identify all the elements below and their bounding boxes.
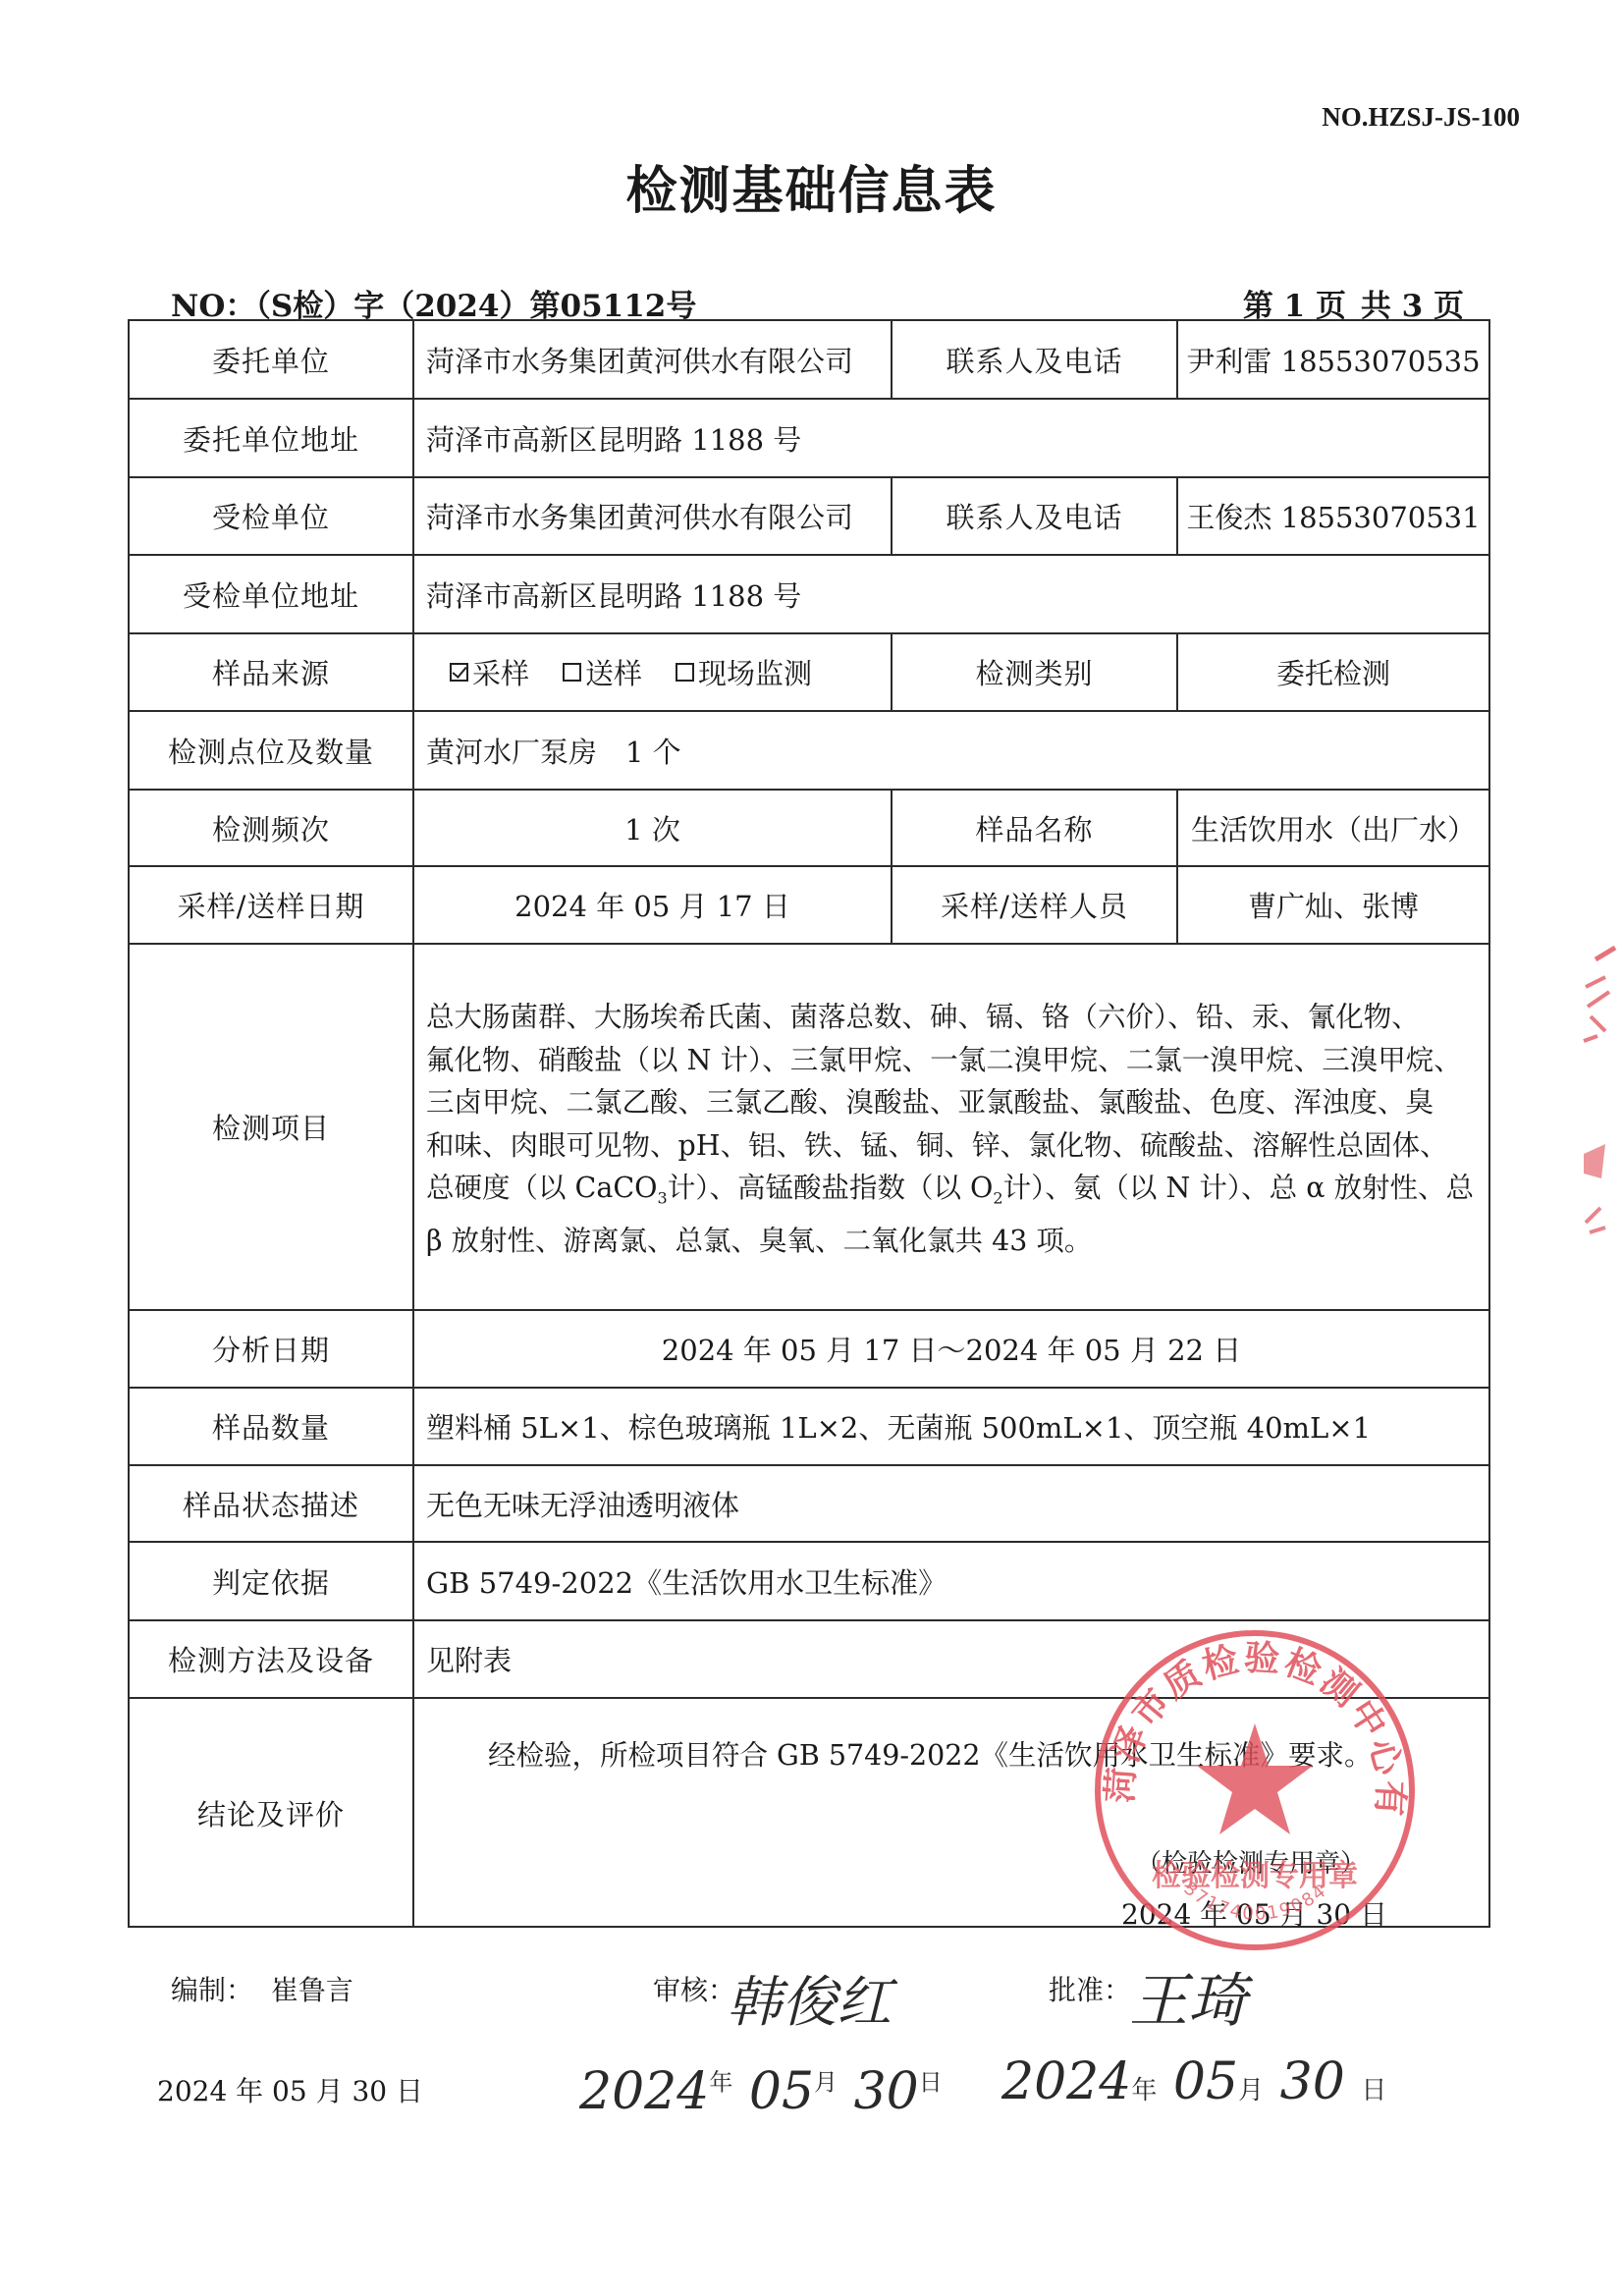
inspected-address-value: 菏泽市高新区昆明路 1188 号 bbox=[414, 556, 1488, 632]
row-client-address: 委托单位地址 菏泽市高新区昆明路 1188 号 bbox=[130, 398, 1488, 476]
compiled-by: 编制： 崔鲁言 bbox=[171, 1969, 353, 2008]
row-conclusion: 结论及评价 经检验，所检项目符合 GB 5749-2022《生活饮用水卫生标准》… bbox=[130, 1697, 1488, 1928]
analysis-date-value: 2024 年 05 月 17 日～2024 年 05 月 22 日 bbox=[414, 1311, 1488, 1387]
analysis-date-label: 分析日期 bbox=[130, 1311, 414, 1387]
form-number: NO.HZSJ-JS-100 bbox=[1322, 102, 1520, 133]
sampling-personnel-label: 采样/送样人员 bbox=[893, 867, 1178, 943]
frequency-label: 检测频次 bbox=[130, 791, 414, 865]
stamp-label: （检验检测专用章） bbox=[1136, 1843, 1366, 1880]
checkbox-sampling-label: 采样 bbox=[472, 652, 529, 692]
method-value: 见附表 bbox=[414, 1621, 1488, 1697]
test-items-line: 和味、肉眼可见物、pH、铝、铁、锰、铜、锌、氯化物、硫酸盐、溶解性总固体、 bbox=[426, 1124, 1475, 1168]
approved-label: 批准： bbox=[1049, 1969, 1131, 2008]
sampling-date-label: 采样/送样日期 bbox=[130, 867, 414, 943]
test-items-line: 总硬度（以 CaCO3计）、高锰酸盐指数（以 O2计）、氨（以 N 计）、总 α… bbox=[426, 1167, 1475, 1220]
test-category-label: 检测类别 bbox=[893, 634, 1178, 710]
row-inspected-address: 受检单位地址 菏泽市高新区昆明路 1188 号 bbox=[130, 554, 1488, 632]
sample-source-label: 样品来源 bbox=[130, 634, 414, 710]
client-contact-label: 联系人及电话 bbox=[893, 321, 1178, 398]
partial-seal-icon bbox=[1576, 938, 1623, 1252]
inspected-contact-value: 王俊杰 18553070531 bbox=[1178, 478, 1488, 554]
inspected-value: 菏泽市水务集团黄河供水有限公司 bbox=[414, 478, 893, 554]
conclusion-text: 经检验，所检项目符合 GB 5749-2022《生活饮用水卫生标准》要求。 bbox=[488, 1733, 1373, 1774]
row-sampling-date: 采样/送样日期 2024 年 05 月 17 日 采样/送样人员 曹广灿、张博 bbox=[130, 865, 1488, 943]
compiled-date: 2024 年 05 月 30 日 bbox=[157, 2070, 423, 2109]
sample-name-label: 样品名称 bbox=[893, 791, 1178, 865]
reviewed-date: 2024年 05月 30日 bbox=[579, 2062, 943, 2121]
sample-source-options: 采样 送样 现场监测 bbox=[414, 634, 893, 710]
checkbox-onsite-label: 现场监测 bbox=[698, 652, 812, 692]
checkbox-unchecked-icon bbox=[563, 663, 581, 682]
row-sample-state: 样品状态描述 无色无味无浮油透明液体 bbox=[130, 1464, 1488, 1541]
inspected-contact-label: 联系人及电话 bbox=[893, 478, 1178, 554]
row-test-items: 检测项目 总大肠菌群、大肠埃希氏菌、菌落总数、砷、镉、铬（六价）、铅、汞、氰化物… bbox=[130, 943, 1488, 1309]
checkbox-delivered[interactable]: 送样 bbox=[563, 652, 642, 692]
test-items-label: 检测项目 bbox=[130, 945, 414, 1309]
test-items-line: 总大肠菌群、大肠埃希氏菌、菌落总数、砷、镉、铬（六价）、铅、汞、氰化物、 bbox=[426, 996, 1475, 1039]
client-address-value: 菏泽市高新区昆明路 1188 号 bbox=[414, 400, 1488, 476]
client-label: 委托单位 bbox=[130, 321, 414, 398]
inspected-address-label: 受检单位地址 bbox=[130, 556, 414, 632]
sample-name-value: 生活饮用水（出厂水） bbox=[1178, 791, 1488, 865]
checkbox-unchecked-icon bbox=[676, 663, 694, 682]
row-points: 检测点位及数量 黄河水厂泵房 1 个 bbox=[130, 710, 1488, 789]
client-contact-value: 尹利雷 18553070535 bbox=[1178, 321, 1488, 398]
conclusion-label: 结论及评价 bbox=[130, 1699, 414, 1928]
page-title: 检测基础信息表 bbox=[0, 149, 1623, 223]
row-inspected: 受检单位 菏泽市水务集团黄河供水有限公司 联系人及电话 王俊杰 18553070… bbox=[130, 476, 1488, 554]
sample-state-value: 无色无味无浮油透明液体 bbox=[414, 1466, 1488, 1541]
row-frequency: 检测频次 1 次 样品名称 生活饮用水（出厂水） bbox=[130, 789, 1488, 865]
row-basis: 判定依据 GB 5749-2022《生活饮用水卫生标准》 bbox=[130, 1541, 1488, 1619]
checkbox-delivered-label: 送样 bbox=[585, 652, 642, 692]
row-client: 委托单位 菏泽市水务集团黄河供水有限公司 联系人及电话 尹利雷 18553070… bbox=[130, 321, 1488, 398]
frequency-value: 1 次 bbox=[414, 791, 893, 865]
test-category-value: 委托检测 bbox=[1178, 634, 1488, 710]
test-items-line: 氟化物、硝酸盐（以 N 计）、三氯甲烷、一氯二溴甲烷、二氯一溴甲烷、三溴甲烷、 bbox=[426, 1039, 1475, 1082]
conclusion-date: 2024 年 05 月 30 日 bbox=[1121, 1893, 1387, 1933]
test-items-line: 三卤甲烷、二氯乙酸、三氯乙酸、溴酸盐、亚氯酸盐、氯酸盐、色度、浑浊度、臭 bbox=[426, 1081, 1475, 1124]
sampling-date-value: 2024 年 05 月 17 日 bbox=[414, 867, 893, 943]
checkbox-sampling[interactable]: 采样 bbox=[450, 652, 529, 692]
test-items-line: β 放射性、游离氯、总氯、臭氧、二氧化氯共 43 项。 bbox=[426, 1220, 1475, 1263]
compiled-name: 崔鲁言 bbox=[271, 1974, 353, 2006]
method-label: 检测方法及设备 bbox=[130, 1621, 414, 1697]
points-value: 黄河水厂泵房 1 个 bbox=[414, 712, 1488, 789]
basis-value: GB 5749-2022《生活饮用水卫生标准》 bbox=[414, 1543, 1488, 1619]
reviewed-signature: 韩俊红 bbox=[727, 1959, 892, 2038]
test-items-text: 总大肠菌群、大肠埃希氏菌、菌落总数、砷、镉、铬（六价）、铅、汞、氰化物、 氟化物… bbox=[426, 996, 1475, 1263]
row-method: 检测方法及设备 见附表 bbox=[130, 1619, 1488, 1697]
sample-state-label: 样品状态描述 bbox=[130, 1466, 414, 1541]
approved-date: 2024年 05月 30 日 bbox=[1001, 2052, 1386, 2111]
client-value: 菏泽市水务集团黄河供水有限公司 bbox=[414, 321, 893, 398]
compiled-label: 编制： bbox=[171, 1974, 253, 2006]
inspected-label: 受检单位 bbox=[130, 478, 414, 554]
row-sample-source: 样品来源 采样 送样 现场监测 检测类别 委托检测 bbox=[130, 632, 1488, 710]
sampling-personnel-value: 曹广灿、张博 bbox=[1178, 867, 1488, 943]
checkbox-onsite[interactable]: 现场监测 bbox=[676, 652, 812, 692]
sample-quantity-value: 塑料桶 5L×1、棕色玻璃瓶 1L×2、无菌瓶 500mL×1、顶空瓶 40mL… bbox=[414, 1389, 1488, 1464]
reviewed-label: 审核： bbox=[653, 1969, 735, 2008]
sample-quantity-label: 样品数量 bbox=[130, 1389, 414, 1464]
info-table: 委托单位 菏泽市水务集团黄河供水有限公司 联系人及电话 尹利雷 18553070… bbox=[128, 319, 1490, 1928]
basis-label: 判定依据 bbox=[130, 1543, 414, 1619]
row-sample-quantity: 样品数量 塑料桶 5L×1、棕色玻璃瓶 1L×2、无菌瓶 500mL×1、顶空瓶… bbox=[130, 1387, 1488, 1464]
checkbox-checked-icon bbox=[450, 663, 468, 682]
client-address-label: 委托单位地址 bbox=[130, 400, 414, 476]
row-analysis-date: 分析日期 2024 年 05 月 17 日～2024 年 05 月 22 日 bbox=[130, 1309, 1488, 1387]
approved-signature: 王琦 bbox=[1129, 1954, 1247, 2039]
points-label: 检测点位及数量 bbox=[130, 712, 414, 789]
